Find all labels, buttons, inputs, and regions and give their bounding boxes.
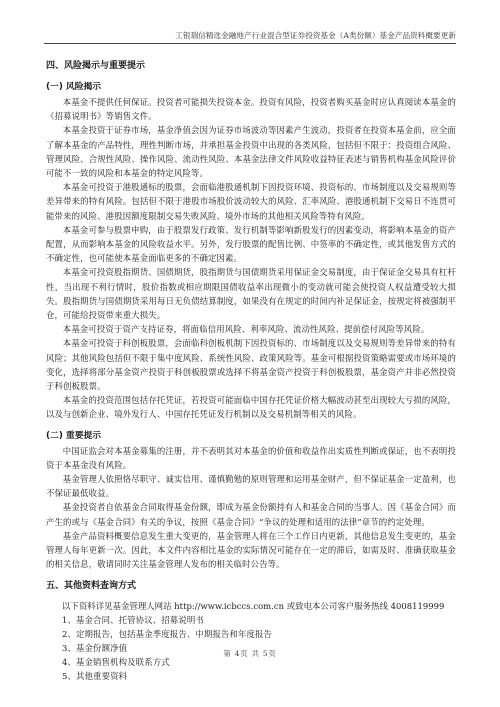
list-item: 1、基金合同、托管协议、招募说明书 (62, 613, 456, 627)
document-body: 四、风险揭示与重要提示 (一) 风险揭示 本基金不提供任何保证。投资者可能损失投… (46, 58, 456, 684)
notice-paragraph: 基金产品资料概要信息发生重大变更的，基金管理人将在三个工作日内更新，其他信息发生… (46, 529, 456, 572)
section-5-title: 五、其他资料查询方式 (46, 578, 456, 594)
notice-paragraph: 基金管理人依照恪尽职守、诚实信用、谨慎勤勉的原则管理和运用基金财产，但不保证基金… (46, 472, 456, 500)
info-query-intro: 以下资料详见基金管理人网站 http://www.icbccs.com.cn 或… (46, 599, 456, 613)
risk-disclosure-title: (一) 风险揭示 (46, 79, 456, 95)
risk-paragraph: 本基金可投资于资产支持证券，将面临信用风险、利率风险、流动性风险、提前偿付风险等… (46, 322, 456, 336)
list-item: 5、其他重要资料 (62, 669, 456, 683)
list-item: 2、定期报告，包括基金季度报告、中期报告和年度报告 (62, 627, 456, 641)
risk-paragraph: 本基金可投资于港股通标的股票，会面临港股通机制下因投资环境、投资标的、市场制度以… (46, 180, 456, 223)
important-notice-title: (二) 重要提示 (46, 428, 456, 444)
document-title: 工银瑞信精选金融地产行业混合型证券投资基金（A类份额）基金产品资料概要更新 (175, 31, 456, 40)
section-4-title: 四、风险揭示与重要提示 (46, 58, 456, 74)
risk-paragraph: 本基金可参与股票申购，由于股票发行政策、发行机制等影响新股发行的因素变动，将影响… (46, 223, 456, 266)
notice-paragraph: 基金投资者自依基金合同取得基金份额，即成为基金份额持有人和基金合同的当事人。因《… (46, 500, 456, 528)
page-header: 工银瑞信精选金融地产行业混合型证券投资基金（A类份额）基金产品资料概要更新 (44, 30, 456, 44)
notice-paragraph: 中国证监会对本基金募集的注册，并不表明其对本基金的价值和收益作出实质性判断或保证… (46, 444, 456, 472)
risk-paragraph: 本基金的投资范围包括存托凭证，若投资可能面临中国存托凭证价格大幅波动甚至出现较大… (46, 393, 456, 421)
risk-paragraph: 本基金可投资于科创板股票，会面临科创板机制下因投资标的、市场制度以及交易规则等差… (46, 336, 456, 393)
risk-paragraph: 本基金不提供任何保证。投资者可能损失投资本金。投资有风险，投资者购买基金时应认真… (46, 95, 456, 123)
page-number: 第 4页 共 5页 (0, 648, 500, 659)
risk-paragraph: 本基金投资于证券市场，基金净值会因为证券市场波动等因素产生波动，投资者在投资本基… (46, 123, 456, 180)
risk-paragraph: 本基金可投资股指期货、国债期货，股指期货与国债期货采用保证金交易制度，由于保证金… (46, 265, 456, 322)
